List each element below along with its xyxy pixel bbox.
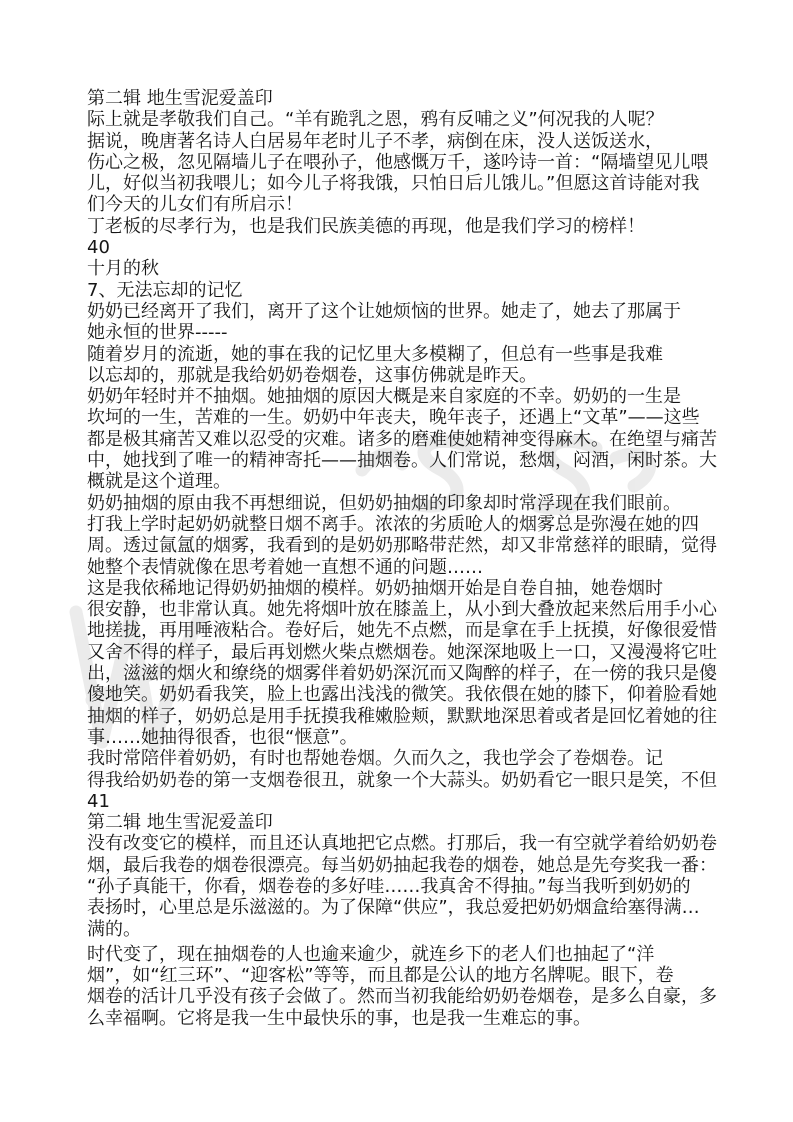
text-line: 伤心之极，忽见隔墙儿子在喂孙子，他感慨万千，遂吟诗一首：“隔墙望见儿喂 <box>87 152 747 173</box>
text-line: 表扬时，心里总是乐滋滋的。为了保障“供应”，我总爱把奶奶烟盒给塞得满… <box>87 897 747 918</box>
text-line: 奶奶年轻时并不抽烟。她抽烟的原因大概是来自家庭的不幸。奶奶的一生是 <box>87 386 747 407</box>
text-line: 随着岁月的流逝，她的事在我的记忆里大多模糊了，但总有一些事是我难 <box>87 344 747 365</box>
text-line: 儿，好似当初我喂儿；如今儿子将我饿，只怕日后儿饿儿。”但愿这首诗能对我 <box>87 173 747 194</box>
text-line: 傻地笑。奶奶看我笑，脸上也露出浅浅的微笑。我依偎在她的膝下，仰着脸看她 <box>87 684 747 705</box>
text-line: 们今天的儿女们有所启示！ <box>87 194 747 215</box>
text-line: 以忘却的，那就是我给奶奶卷烟卷，这事仿佛就是昨天。 <box>87 365 747 386</box>
text-line: 概就是这个道理。 <box>87 471 747 492</box>
text-line: 奶奶已经离开了我们，离开了这个让她烦恼的世界。她走了，她去了那属于 <box>87 301 747 322</box>
text-line: “孙子真能干，你看，烟卷卷的多好哇……我真舍不得抽。”每当我听到奶奶的 <box>87 876 747 897</box>
text-line: 事……她抽得很香，也很“惬意”。 <box>87 727 747 748</box>
text-line: 满的。 <box>87 919 747 940</box>
text-line: 这是我依稀地记得奶奶抽烟的模样。奶奶抽烟开始是自卷自抽，她卷烟时 <box>87 578 747 599</box>
text-line: 出，滋滋的烟火和缭绕的烟雾伴着奶奶深沉而又陶醉的样子，在一傍的我只是傻 <box>87 663 747 684</box>
text-line: 没有改变它的模样，而且还认真地把它点燃。打那后，我一有空就学着给奶奶卷 <box>87 833 747 854</box>
text-line: 坎坷的一生，苦难的一生。奶奶中年丧夫，晚年丧子，还遇上“文革”——这些 <box>87 407 747 428</box>
document-page: 第二辑 地生雪泥爱盖印 际上就是孝敬我们自己。“羊有跪乳之恩，鸦有反哺之义”何况… <box>0 0 793 1122</box>
text-line: 烟”，如“红三环”、“迎客松”等等，而且都是公认的地方名牌呢。眼下，卷 <box>87 965 747 986</box>
text-line: 烟，最后我卷的烟卷很漂亮。每当奶奶抽起我卷的烟卷，她总是先夸奖我一番： <box>87 855 747 876</box>
text-line: 丁老板的尽孝行为，也是我们民族美德的再现，他是我们学习的榜样！ <box>87 216 747 237</box>
text-line: 周。透过氤氲的烟雾，我看到的是奶奶那略带茫然，却又非常慈祥的眼睛，觉得 <box>87 535 747 556</box>
chapter-heading: 7、无法忘却的记忆 <box>87 280 747 301</box>
text-line: 际上就是孝敬我们自己。“羊有跪乳之恩，鸦有反哺之义”何况我的人呢？ <box>87 109 747 130</box>
text-line: 时代变了，现在抽烟卷的人也逾来逾少，就连乡下的老人们也抽起了“洋 <box>87 944 747 965</box>
page-number: 41 <box>87 791 747 812</box>
text-line: 又舍不得的样子，最后再划燃火柴点燃烟卷。她深深地吸上一口，又漫漫将它吐 <box>87 642 747 663</box>
text-line: 都是极其痛苦又难以忍受的灾难。诸多的磨难使她精神变得麻木。在绝望与痛苦 <box>87 429 747 450</box>
section-header: 第二辑 地生雪泥爱盖印 <box>87 88 747 109</box>
page-number: 40 <box>87 237 747 258</box>
text-line: 她整个表情就像在思考着她一直想不通的问题…… <box>87 557 747 578</box>
text-line: 她永恒的世界----- <box>87 322 747 343</box>
text-line: 么幸福啊。它将是我一生中最快乐的事，也是我一生难忘的事。 <box>87 1008 747 1029</box>
text-line: 我时常陪伴着奶奶，有时也帮她卷烟。久而久之，我也学会了卷烟卷。记 <box>87 748 747 769</box>
running-title: 十月的秋 <box>87 258 747 279</box>
text-line: 很安静，也非常认真。她先将烟叶放在膝盖上，从小到大叠放起来然后用手小心 <box>87 599 747 620</box>
text-line: 打我上学时起奶奶就整日烟不离手。浓浓的劣质呛人的烟雾总是弥漫在她的四 <box>87 514 747 535</box>
text-line: 奶奶抽烟的原由我不再想细说，但奶奶抽烟的印象却时常浮现在我们眼前。 <box>87 493 747 514</box>
text-line: 得我给奶奶卷的第一支烟卷很丑，就象一个大蒜头。奶奶看它一眼只是笑，不但 <box>87 770 747 791</box>
text-line: 烟卷的活计几乎没有孩子会做了。然而当初我能给奶奶卷烟卷，是多么自豪，多 <box>87 986 747 1007</box>
text-line: 中，她找到了唯一的精神寄托——抽烟卷。人们常说，愁烟，闷酒，闲时茶。大 <box>87 450 747 471</box>
text-line: 地搓拢，再用唾液粘合。卷好后，她先不点燃，而是拿在手上抚摸，好像很爱惜 <box>87 620 747 641</box>
text-line: 据说，晚唐著名诗人白居易年老时儿子不孝，病倒在床，没人送饭送水， <box>87 131 747 152</box>
page-text: 第二辑 地生雪泥爱盖印 际上就是孝敬我们自己。“羊有跪乳之恩，鸦有反哺之义”何况… <box>87 88 747 1029</box>
text-line: 抽烟的样子，奶奶总是用手抚摸我稚嫩脸颊，默默地深思着或者是回忆着她的往 <box>87 706 747 727</box>
section-header: 第二辑 地生雪泥爱盖印 <box>87 812 747 833</box>
